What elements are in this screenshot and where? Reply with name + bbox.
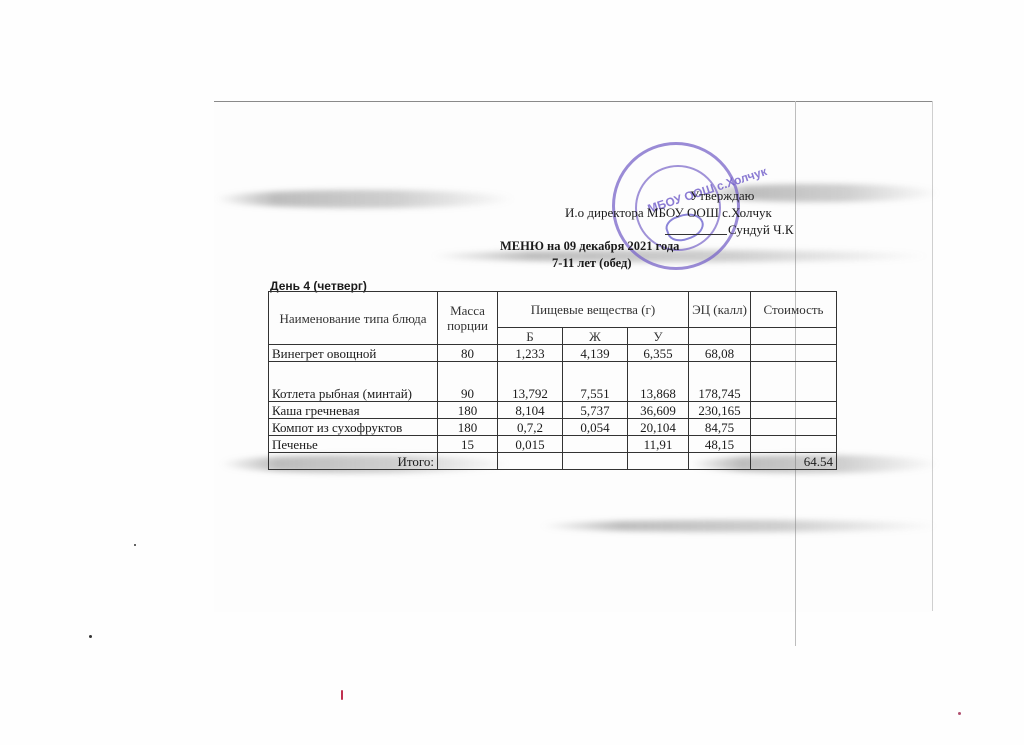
signature-line (665, 234, 727, 235)
approval-heading: Утверждаю (690, 188, 754, 204)
cell-name: Каша гречневая (269, 402, 438, 419)
menu-table: Наименование типа блюда Масса порции Пищ… (268, 291, 837, 470)
scan-smudge (215, 190, 515, 208)
cell-mass: 180 (438, 419, 498, 436)
menu-subtitle: 7-11 лет (обед) (552, 256, 632, 271)
page-edge-line (932, 101, 933, 611)
cell-name: Котлета рыбная (минтай) (269, 362, 438, 402)
cell-protein: 8,104 (498, 402, 563, 419)
total-label: Итого: (269, 453, 438, 470)
cell-energy: 48,15 (689, 436, 751, 453)
cell-cost (751, 402, 837, 419)
cell-name: Винегрет овощной (269, 345, 438, 362)
total-carbs (628, 453, 689, 470)
cell-cost (751, 419, 837, 436)
cell-fat (563, 436, 628, 453)
total-protein (498, 453, 563, 470)
cell-cost (751, 436, 837, 453)
cell-protein: 1,233 (498, 345, 563, 362)
total-cost: 64.54 (751, 453, 837, 470)
cell-energy: 84,75 (689, 419, 751, 436)
cell-cost (751, 345, 837, 362)
cell-protein: 0,015 (498, 436, 563, 453)
table-row: Компот из сухофруктов1800,7,20,05420,104… (269, 419, 837, 436)
cell-protein: 13,792 (498, 362, 563, 402)
cell-carbs: 36,609 (628, 402, 689, 419)
cell-fat: 4,139 (563, 345, 628, 362)
scan-speck (134, 544, 136, 546)
cell-energy: 230,165 (689, 402, 751, 419)
header-energy: ЭЦ (калл) (689, 292, 751, 328)
cell-carbs: 13,868 (628, 362, 689, 402)
cell-fat: 7,551 (563, 362, 628, 402)
header-portion-mass: Масса порции (438, 292, 498, 345)
cell-carbs: 11,91 (628, 436, 689, 453)
menu-title: МЕНЮ на 09 декабря 2021 года (500, 239, 679, 254)
menu-rows: Винегрет овощной801,2334,1396,35568,08Ко… (269, 345, 837, 453)
header-protein: Б (498, 328, 563, 345)
header-dish-name: Наименование типа блюда (269, 292, 438, 345)
cell-mass: 180 (438, 402, 498, 419)
cell-name: Компот из сухофруктов (269, 419, 438, 436)
table-row: Печенье150,01511,9148,15 (269, 436, 837, 453)
total-mass (438, 453, 498, 470)
table-row: Каша гречневая1808,1045,73736,609230,165 (269, 402, 837, 419)
approval-position: И.о директора МБОУ ООШ с.Холчук (565, 205, 772, 221)
cell-carbs: 20,104 (628, 419, 689, 436)
header-nutrients: Пищевые вещества (г) (498, 292, 689, 328)
cell-fat: 0,054 (563, 419, 628, 436)
cell-cost (751, 362, 837, 402)
header-carbs: У (628, 328, 689, 345)
cell-mass: 15 (438, 436, 498, 453)
table-row: Винегрет овощной801,2334,1396,35568,08 (269, 345, 837, 362)
cell-mass: 90 (438, 362, 498, 402)
table-row: Котлета рыбная (минтай)9013,7927,55113,8… (269, 362, 837, 402)
scan-smudge (540, 520, 940, 532)
cell-mass: 80 (438, 345, 498, 362)
total-energy (689, 453, 751, 470)
cell-carbs: 6,355 (628, 345, 689, 362)
cell-fat: 5,737 (563, 402, 628, 419)
header-cost: Стоимость (751, 292, 837, 328)
header-fat: Ж (563, 328, 628, 345)
cell-protein: 0,7,2 (498, 419, 563, 436)
approval-signatory: Сундуй Ч.К (728, 222, 794, 238)
header-cost-blank (751, 328, 837, 345)
scan-speck (341, 690, 343, 700)
cell-name: Печенье (269, 436, 438, 453)
cell-energy: 68,08 (689, 345, 751, 362)
header-energy-blank (689, 328, 751, 345)
scan-speck (89, 635, 92, 638)
cell-energy: 178,745 (689, 362, 751, 402)
scan-speck (958, 712, 961, 715)
total-fat (563, 453, 628, 470)
